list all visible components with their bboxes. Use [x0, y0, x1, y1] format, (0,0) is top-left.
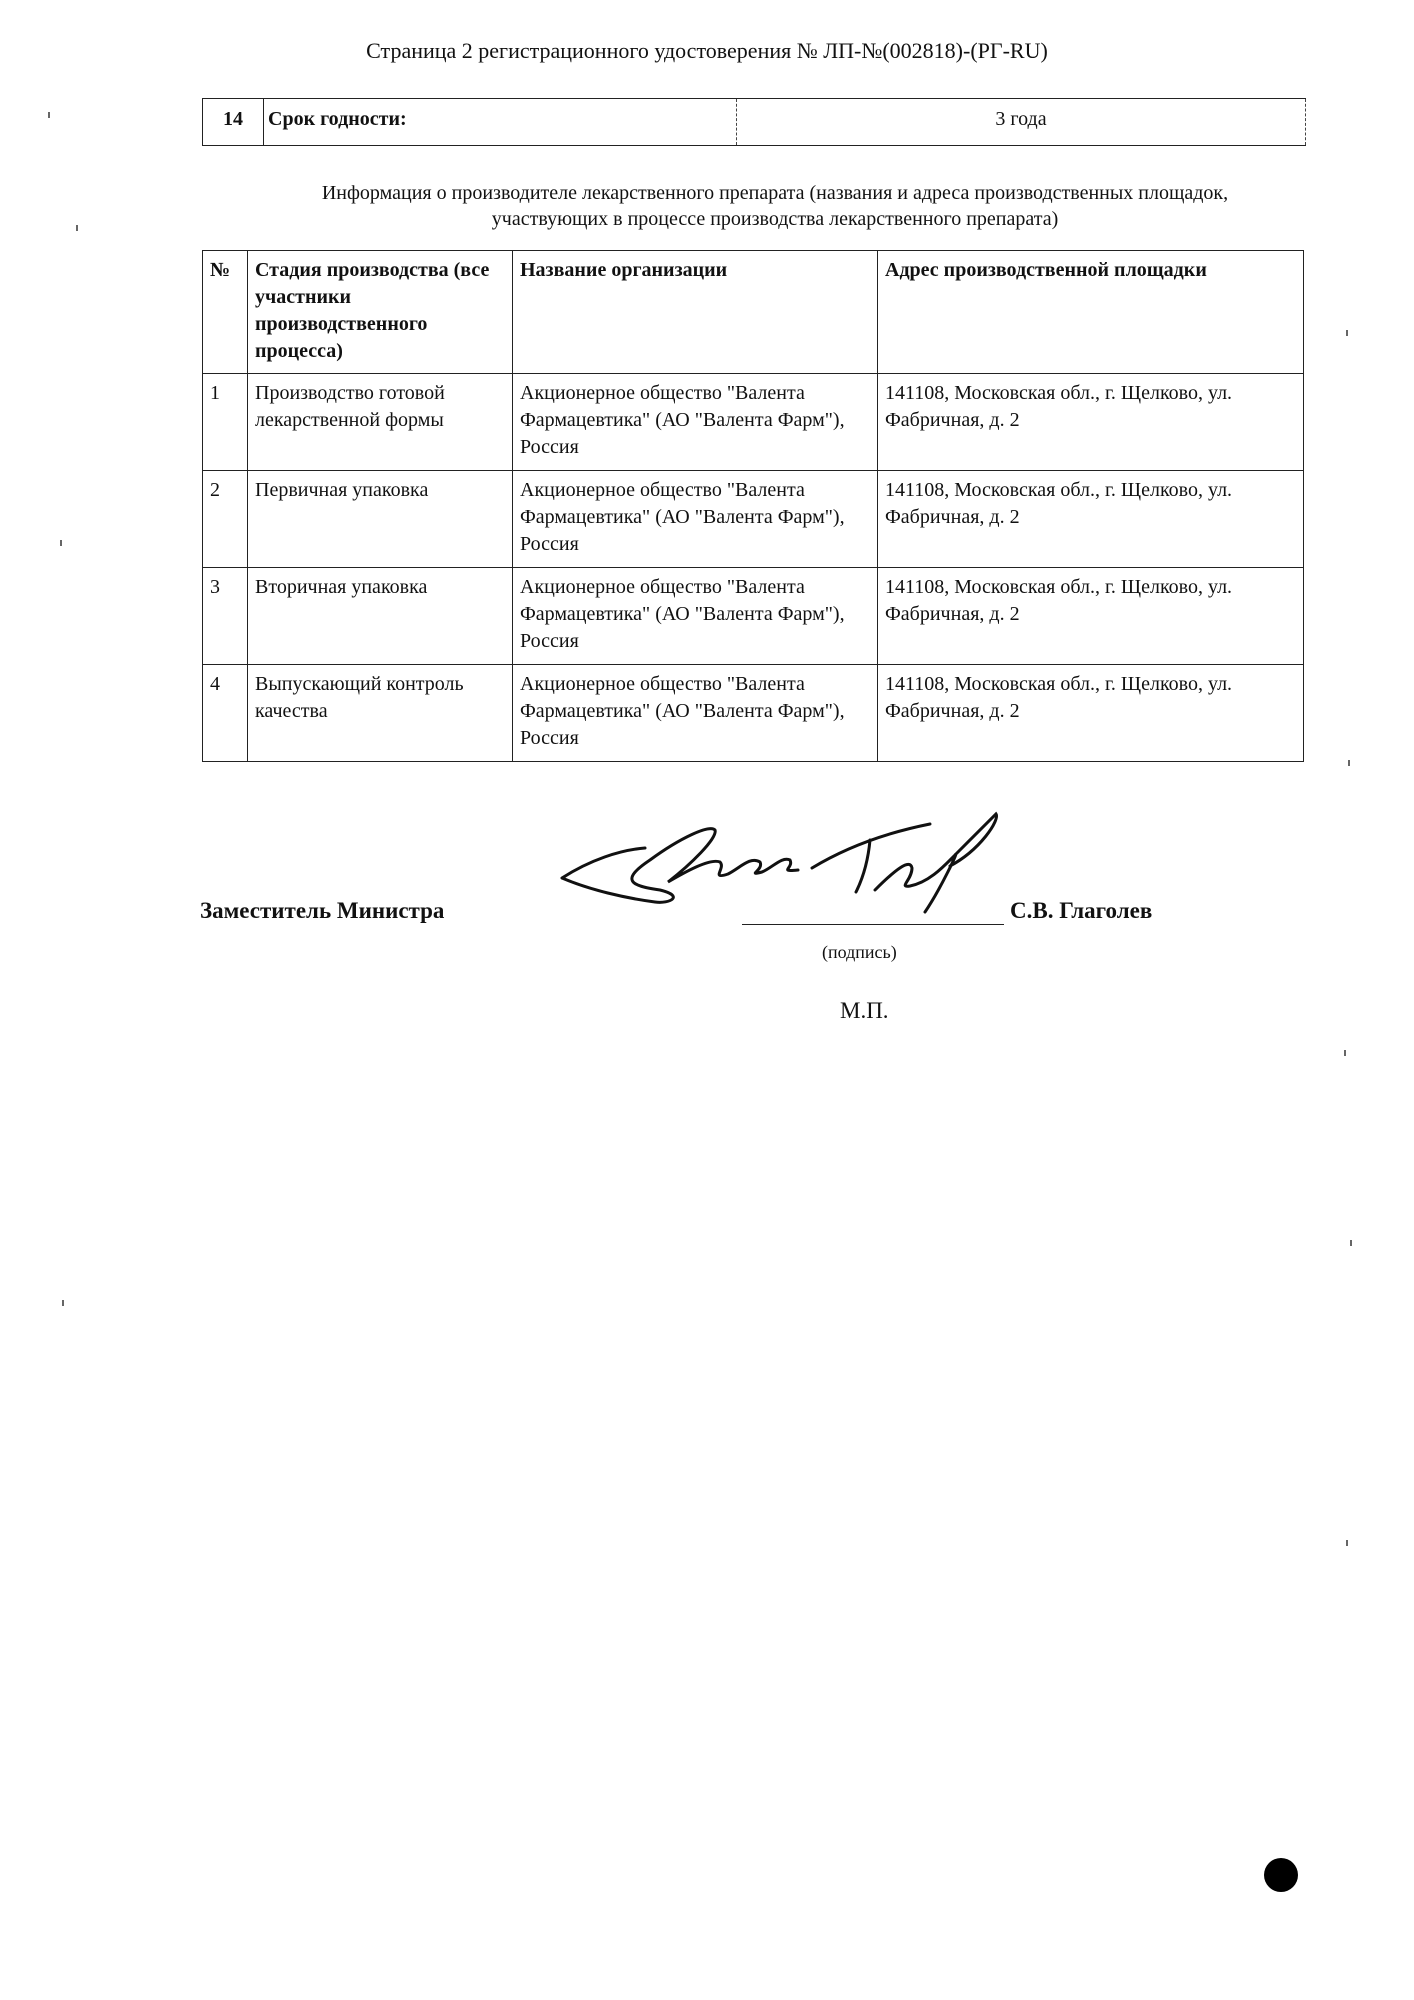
- cell-number: 2: [203, 471, 248, 568]
- cell-stage: Вторичная упаковка: [248, 568, 513, 665]
- cell-number: 4: [203, 665, 248, 762]
- cell-organization: Акционерное общество "Валента Фармацевти…: [513, 374, 878, 471]
- scan-speck: [62, 1300, 64, 1306]
- row-number: 14: [202, 99, 264, 145]
- stamp-mark: М.П.: [840, 998, 889, 1024]
- cell-number: 3: [203, 568, 248, 665]
- scan-speck: [1346, 1540, 1348, 1546]
- scan-dot-mark: [1264, 1858, 1298, 1892]
- cell-address: 141108, Московская обл., г. Щелково, ул.…: [878, 374, 1304, 471]
- table-row: 3 Вторичная упаковка Акционерное обществ…: [203, 568, 1304, 665]
- table-header-row: № Стадия производства (все участники про…: [203, 251, 1304, 374]
- manufacturer-table: № Стадия производства (все участники про…: [202, 250, 1304, 762]
- signatory-name: С.В. Глаголев: [1010, 898, 1152, 924]
- cell-organization: Акционерное общество "Валента Фармацевти…: [513, 665, 878, 762]
- handwritten-signature: [550, 810, 1090, 920]
- header-organization: Название организации: [513, 251, 878, 374]
- shelf-life-row: 14 Срок годности: 3 года: [202, 98, 1306, 146]
- signature-line: [742, 924, 1004, 925]
- page-header: Страница 2 регистрационного удостоверени…: [0, 38, 1414, 64]
- header-stage: Стадия производства (все участники произ…: [248, 251, 513, 374]
- table-row: 4 Выпускающий контроль качества Акционер…: [203, 665, 1304, 762]
- cell-stage: Производство готовой лекарственной формы: [248, 374, 513, 471]
- cell-number: 1: [203, 374, 248, 471]
- cell-address: 141108, Московская обл., г. Щелково, ул.…: [878, 471, 1304, 568]
- scan-speck: [1348, 760, 1350, 766]
- scan-speck: [60, 540, 62, 546]
- cell-address: 141108, Московская обл., г. Щелково, ул.…: [878, 665, 1304, 762]
- scan-speck: [76, 225, 78, 231]
- caption-line-2: участвующих в процессе производства лека…: [190, 206, 1360, 232]
- cell-stage: Первичная упаковка: [248, 471, 513, 568]
- scan-speck: [1344, 1050, 1346, 1056]
- signature-caption: (подпись): [822, 942, 897, 963]
- scan-speck: [1350, 1240, 1352, 1246]
- cell-address: 141108, Московская обл., г. Щелково, ул.…: [878, 568, 1304, 665]
- shelf-life-value: 3 года: [737, 99, 1306, 145]
- scan-speck: [1346, 330, 1348, 336]
- cell-organization: Акционерное общество "Валента Фармацевти…: [513, 568, 878, 665]
- caption-line-1: Информация о производителе лекарственног…: [190, 180, 1360, 206]
- header-number: №: [203, 251, 248, 374]
- table-row: 1 Производство готовой лекарственной фор…: [203, 374, 1304, 471]
- scan-speck: [48, 112, 50, 118]
- manufacturer-info-caption: Информация о производителе лекарственног…: [190, 180, 1360, 232]
- signatory-title: Заместитель Министра: [200, 898, 444, 924]
- header-address: Адрес производственной площадки: [878, 251, 1304, 374]
- cell-stage: Выпускающий контроль качества: [248, 665, 513, 762]
- cell-organization: Акционерное общество "Валента Фармацевти…: [513, 471, 878, 568]
- shelf-life-label: Срок годности:: [268, 99, 407, 145]
- table-row: 2 Первичная упаковка Акционерное обществ…: [203, 471, 1304, 568]
